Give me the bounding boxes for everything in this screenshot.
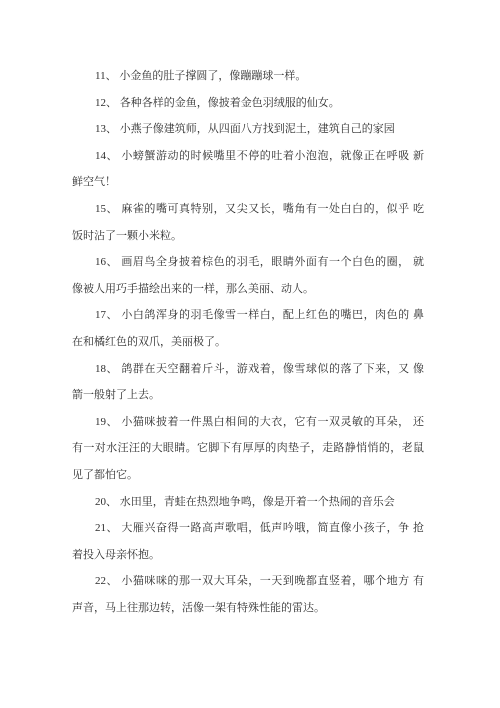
- list-item-14-line: 14、 小螃蟹游动的时候嘴里不停的吐着小泡泡，就像正在呼吸 新: [72, 143, 424, 170]
- document-page: 11、 小金鱼的肚子撑圆了，像蹦蹦球一样。12、 各种各样的金鱼，像披着金色羽绒…: [0, 0, 500, 708]
- list-item-17-wrap-line: 在和橘红色的双爪，美丽极了。: [72, 329, 424, 356]
- list-item-15-wrap-line: 饭时沾了一颗小米粒。: [72, 223, 424, 250]
- list-item-18-line: 18、 鸽群在天空翻着斤斗，游戏着，像雪球似的落了下来，又 像: [72, 356, 424, 383]
- list-item-13-line: 13、 小燕子像建筑师，从四面八方找到泥土，建筑自己的家园: [72, 116, 424, 143]
- list-item-21-wrap-line: 着投入母亲怀抱。: [72, 542, 424, 569]
- list-item-16-wrap-line: 像被人用巧手描绘出来的一样，那么美丽、动人。: [72, 276, 424, 303]
- list-item-14-wrap-line: 鲜空气！: [72, 169, 424, 196]
- sentence-list: 11、 小金鱼的肚子撑圆了，像蹦蹦球一样。12、 各种各样的金鱼，像披着金色羽绒…: [72, 63, 424, 621]
- list-item-19-line: 19、 小猫咪披着一件黑白相间的大衣，它有一双灵敏的耳朵， 还: [72, 409, 424, 436]
- list-item-21-line: 21、 大雁兴奋得一路高声歌唱，低声吟哦，简直像小孩子，争 抢: [72, 515, 424, 542]
- list-item-20-line: 20、 水田里，青蛙在热烈地争鸣，像是开着一个热闹的音乐会: [72, 489, 424, 516]
- list-item-17-line: 17、 小白鸽浑身的羽毛像雪一样白，配上红色的嘴巴，肉色的 鼻: [72, 302, 424, 329]
- list-item-15-line: 15、 麻雀的嘴可真特别，又尖又长，嘴角有一处白白的，似乎 吃: [72, 196, 424, 223]
- list-item-22-line: 22、 小猫咪咪的那一双大耳朵，一天到晚都直竖着，哪个地方 有: [72, 568, 424, 595]
- list-item-18-wrap-line: 箭一般射了上去。: [72, 382, 424, 409]
- list-item-22-wrap-line: 声音，马上往那边转，活像一架有特殊性能的雷达。: [72, 595, 424, 622]
- list-item-19-wrap-line: 有一对水汪汪的大眼睛。它脚下有厚厚的肉垫子，走路静悄悄的，老鼠: [72, 435, 424, 462]
- list-item-12-line: 12、 各种各样的金鱼，像披着金色羽绒服的仙女。: [72, 90, 424, 117]
- list-item-19-wrap-line: 见了都怕它。: [72, 462, 424, 489]
- list-item-16-line: 16、 画眉鸟全身披着棕色的羽毛，眼睛外面有一个白色的圈， 就: [72, 249, 424, 276]
- list-item-11-line: 11、 小金鱼的肚子撑圆了，像蹦蹦球一样。: [72, 63, 424, 90]
